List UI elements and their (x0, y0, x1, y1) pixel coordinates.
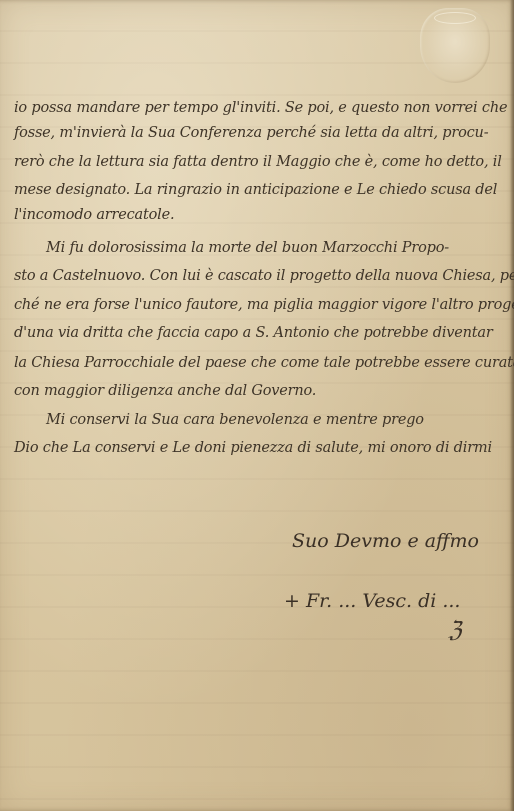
letter-line-13: Dio che La conservi e Le doni pienezza d… (14, 440, 492, 456)
letter-line-1: io possa mandare per tempo gl'inviti. Se… (14, 100, 507, 116)
letter-line-11: con maggior diligenza anche dal Governo. (14, 383, 316, 399)
letter-line-6: Mi fu dolorosissima la morte del buon Ma… (46, 240, 449, 256)
cardinal-hat-icon (434, 12, 476, 24)
letter-line-8: ché ne era forse l'unico fautore, ma pig… (14, 297, 514, 313)
letter-page: io possa mandare per tempo gl'inviti. Se… (0, 0, 514, 811)
page-edge-shadow (510, 0, 514, 811)
letter-line-7: sto a Castelnuovo. Con lui è cascato il … (14, 268, 514, 284)
letter-line-9: d'una via dritta che faccia capo a S. An… (14, 325, 493, 341)
letter-line-10: la Chiesa Parrocchiale del paese che com… (14, 355, 514, 371)
letter-line-4: mese designato. La ringrazio in anticipa… (14, 182, 497, 198)
signature: + Fr. ... Vesc. di ... (284, 590, 460, 612)
embossed-seal-icon (420, 8, 490, 83)
signature-flourish: ℨ (448, 618, 462, 643)
letter-line-12: Mi conservi la Sua cara benevolenza e me… (46, 412, 424, 428)
closing-salutation: Suo Devmo e affmo (292, 530, 479, 552)
letter-line-3: rerò che la lettura sia fatta dentro il … (14, 154, 502, 170)
letter-line-5: l'incomodo arrecatole. (14, 207, 174, 223)
letter-line-2: fosse, m'invierà la Sua Conferenza perch… (14, 125, 488, 141)
